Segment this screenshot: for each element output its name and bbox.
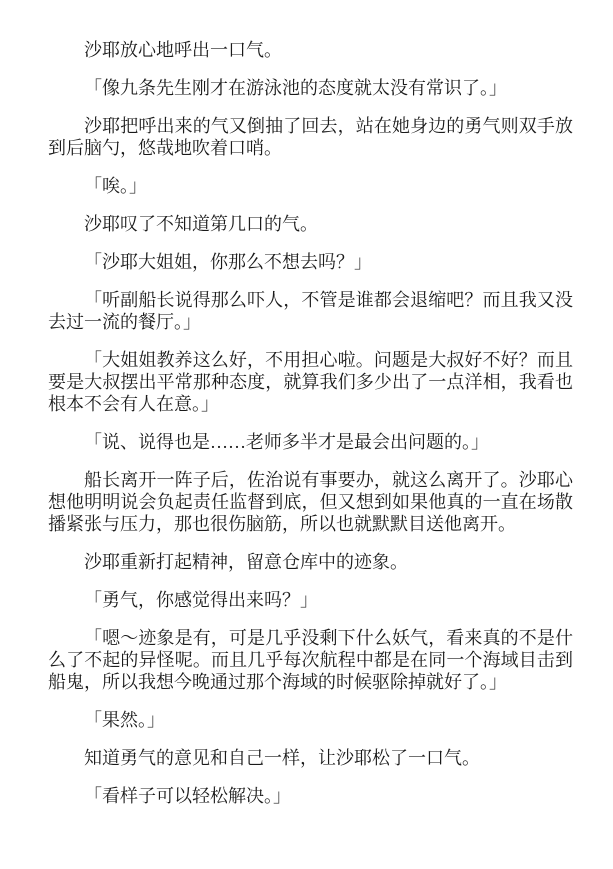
paragraph-dialogue: 「说、说得也是……老师多半才是最会出问题的。」 [48,431,573,453]
paragraph-dialogue: 「果然。」 [48,709,573,731]
document-page: 沙耶放心地呼出一口气。 「像九条先生刚才在游泳池的态度就太没有常识了。」 沙耶把… [0,0,613,869]
paragraph-dialogue: 「听副船长说得那么吓人，不管是谁都会退缩吧？而且我又没去过一流的餐厅。」 [48,289,573,333]
paragraph-dialogue: 「大姐姐教养这么好，不用担心啦。问题是大叔好不好？而且要是大叔摆出平常那种态度，… [48,349,573,415]
paragraph-narration: 知道勇气的意见和自己一样，让沙耶松了一口气。 [48,747,573,769]
paragraph-dialogue: 「勇气，你感觉得出来吗？」 [48,589,573,611]
paragraph-dialogue: 「看样子可以轻松解决。」 [48,785,573,807]
paragraph-narration: 沙耶把呼出来的气又倒抽了回去，站在她身边的勇气则双手放到后脑勺，悠哉地吹着口哨。 [48,115,573,159]
paragraph-narration: 沙耶放心地呼出一口气。 [48,39,573,61]
paragraph-dialogue: 「像九条先生刚才在游泳池的态度就太没有常识了。」 [48,77,573,99]
paragraph-narration: 船长离开一阵子后，佐治说有事要办，就这么离开了。沙耶心想他明明说会负起责任监督到… [48,469,573,535]
paragraph-dialogue: 「唉。」 [48,175,573,197]
paragraph-narration: 沙耶重新打起精神，留意仓库中的迹象。 [48,551,573,573]
paragraph-narration: 沙耶叹了不知道第几口的气。 [48,213,573,235]
paragraph-dialogue: 「沙耶大姐姐，你那么不想去吗？」 [48,251,573,273]
paragraph-dialogue: 「嗯～迹象是有，可是几乎没剩下什么妖气，看来真的不是什么了不起的异怪呢。而且几乎… [48,627,573,693]
